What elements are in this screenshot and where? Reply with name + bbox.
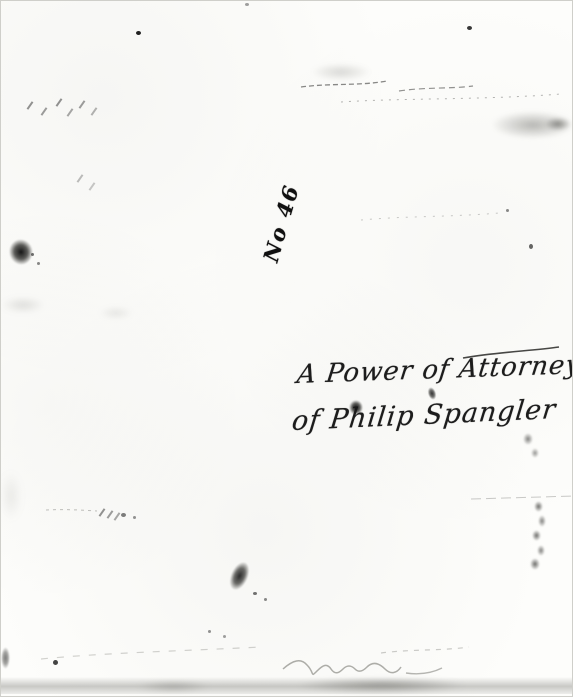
bleed-through-scribble (283, 661, 401, 675)
hatch-mark (79, 100, 86, 109)
ink-speck (136, 31, 141, 35)
handwritten-title-line-2: of Philip Spangler (290, 394, 557, 437)
smudge (311, 63, 371, 81)
smudge (99, 307, 133, 319)
artifact-overlay (1, 1, 573, 697)
hatch-mark (27, 101, 34, 110)
handwritten-title-line-1: A Power of Attorney (295, 350, 573, 390)
docket-annotation-text: No 46 (258, 181, 304, 265)
ink-blotch (6, 236, 36, 267)
smudge (537, 545, 545, 556)
docket-annotation: No 46 (239, 167, 323, 279)
ink-speck (223, 635, 226, 638)
ink-speck (133, 516, 136, 519)
ink-speck (529, 244, 533, 249)
ink-speck (245, 3, 249, 6)
hatch-mark (114, 512, 121, 521)
hatch-mark (107, 510, 114, 519)
smudge (1, 297, 45, 313)
scanned-document-page: No 46 A Power of Attorney of Philip Span… (0, 0, 573, 697)
paper-texture (1, 1, 572, 696)
ink-speck (264, 598, 267, 601)
ink-speck (37, 262, 40, 265)
smudge (534, 501, 543, 512)
bleed-through-stroke (361, 213, 499, 220)
bleed-through-stroke (399, 86, 473, 91)
ink-blotch (1, 647, 10, 669)
bleed-through-stroke (341, 94, 561, 102)
hatch-mark (77, 174, 84, 183)
smudge (523, 433, 533, 445)
bleed-through-scribble (406, 668, 442, 674)
hatch-mark (89, 182, 96, 191)
smudge (531, 448, 539, 458)
smudge (538, 515, 546, 527)
hatch-mark (67, 108, 74, 117)
ink-speck (53, 660, 58, 665)
smudge (532, 530, 541, 541)
bleed-through-stroke (301, 81, 387, 87)
ink-speck (121, 513, 126, 517)
ink-speck (467, 26, 472, 30)
smudge (1, 471, 21, 521)
hatch-mark (56, 98, 63, 107)
hatch-mark (41, 107, 48, 116)
bleed-through-stroke (381, 647, 469, 653)
ink-speck (506, 209, 509, 212)
hatch-mark (91, 107, 98, 116)
smudge (530, 558, 540, 570)
scan-shadow-band (1, 677, 572, 694)
bleed-through-stroke (41, 647, 261, 659)
bleed-through-stroke (46, 510, 97, 511)
bleed-through-stroke (471, 496, 573, 499)
smudge (545, 117, 571, 131)
ink-speck (253, 592, 257, 595)
ink-blotch (226, 559, 254, 593)
ink-speck (208, 630, 211, 633)
hatch-mark (99, 508, 106, 517)
